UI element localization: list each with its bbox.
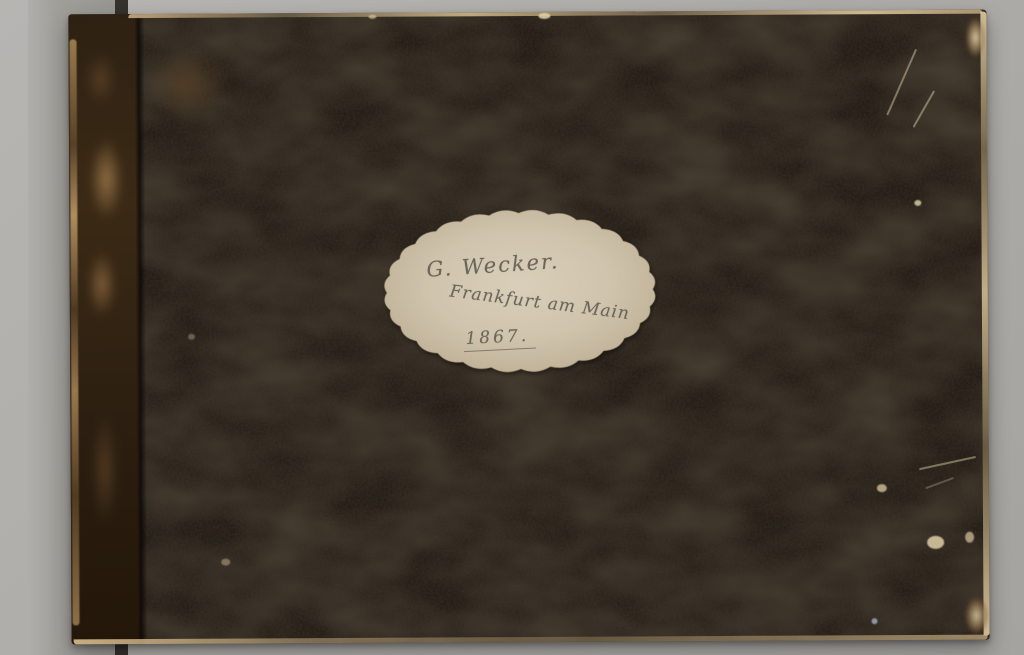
book-front-cover: G. Wecker. Frankfurt am Main 1867. [68,10,989,645]
spine-wear-patch [79,44,123,114]
spine-wear-patch [83,124,130,234]
owner-year-text: 1867. [463,326,536,352]
ownership-label: G. Wecker. Frankfurt am Main 1867. [376,203,664,379]
wear-mark [914,200,921,206]
owner-year: 1867. [463,326,536,349]
wear-mark [188,334,195,340]
wear-mark [877,484,887,492]
corner-wear-patch [128,33,249,134]
photo-backdrop: G. Wecker. Frankfurt am Main 1867. [0,0,1024,655]
wear-mark-blue [872,618,878,624]
worn-corner-top-right [962,12,988,64]
worn-corner-bottom-right [961,592,991,640]
spine-board-edge [69,40,79,626]
spine-wear-patch [86,394,123,544]
wear-mark [221,559,230,566]
edge-chip [368,15,376,19]
spine-wear-patch [82,239,122,329]
wear-mark [965,532,974,543]
wear-mark [927,536,944,549]
book-spine [68,14,141,644]
edge-chip [538,13,550,19]
